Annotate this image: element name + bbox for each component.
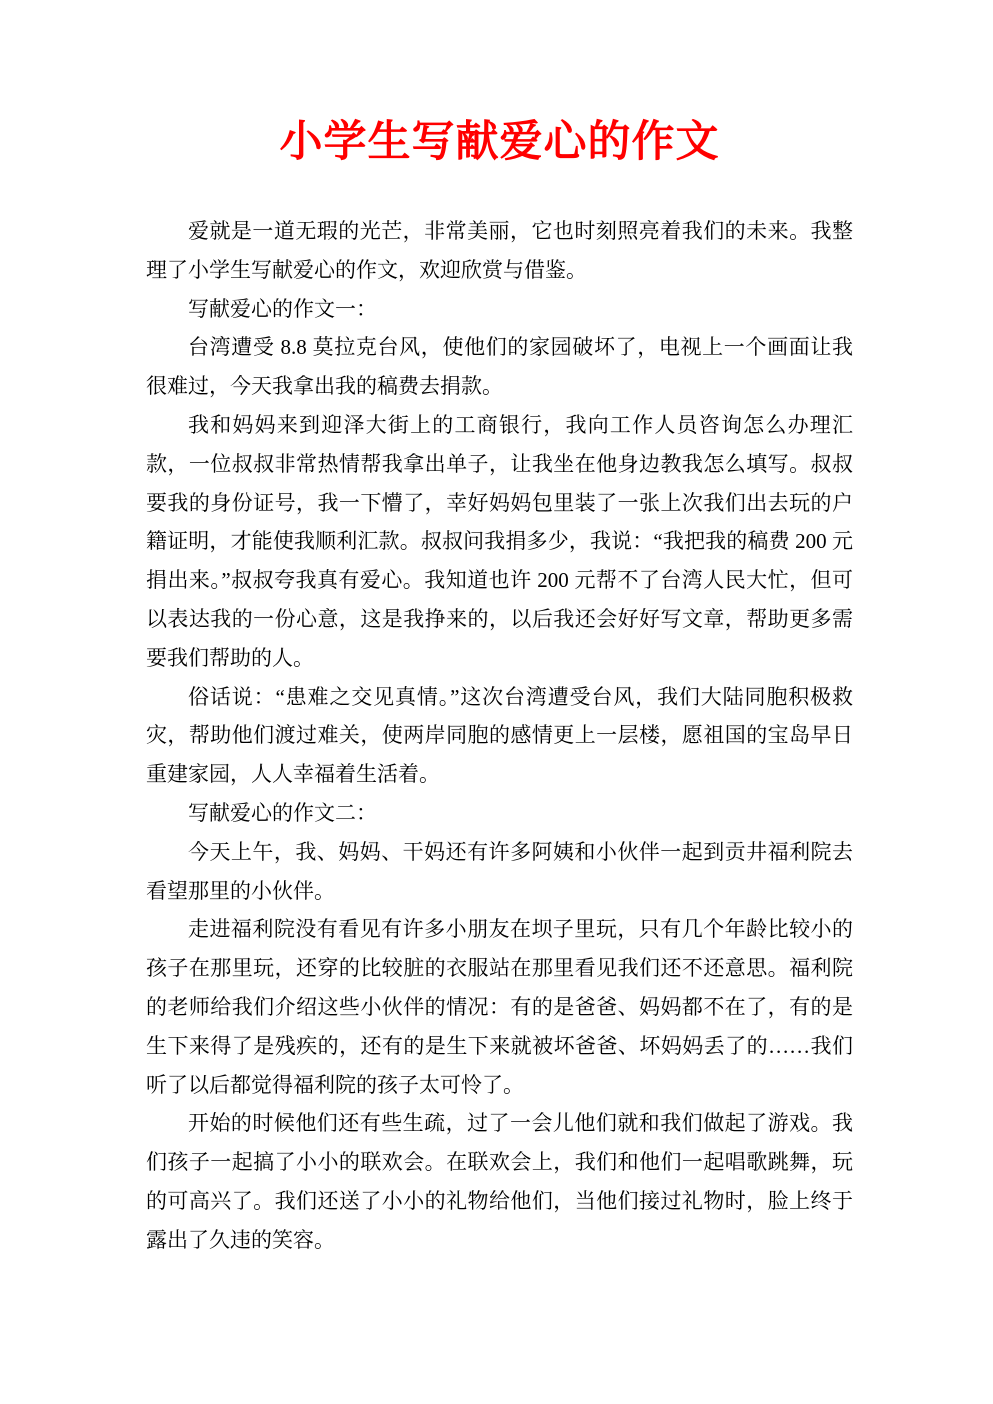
paragraph: 开始的时候他们还有些生疏，过了一会儿他们就和我们做起了游戏。我们孩子一起搞了小小… [146,1104,853,1259]
paragraph: 台湾遭受 8.8 莫拉克台风，使他们的家园破坏了，电视上一个画面让我很难过，今天… [146,328,853,406]
document-page: 小学生写献爱心的作文 爱就是一道无瑕的光芒，非常美丽，它也时刻照亮着我们的未来。… [0,0,993,1404]
paragraph: 写献爱心的作文二： [146,794,853,833]
paragraph: 写献爱心的作文一： [146,290,853,329]
document-title: 小学生写献爱心的作文 [146,116,853,168]
paragraph: 走进福利院没有看见有许多小朋友在坝子里玩，只有几个年龄比较小的孩子在那里玩，还穿… [146,910,853,1104]
paragraph: 俗话说：“患难之交见真情。”这次台湾遭受台风，我们大陆同胞积极救灾，帮助他们渡过… [146,678,853,794]
document-body: 爱就是一道无瑕的光芒，非常美丽，它也时刻照亮着我们的未来。我整理了小学生写献爱心… [146,212,853,1260]
paragraph: 我和妈妈来到迎泽大街上的工商银行，我向工作人员咨询怎么办理汇款，一位叔叔非常热情… [146,406,853,678]
paragraph: 今天上午，我、妈妈、干妈还有许多阿姨和小伙伴一起到贡井福利院去看望那里的小伙伴。 [146,833,853,911]
paragraph: 爱就是一道无瑕的光芒，非常美丽，它也时刻照亮着我们的未来。我整理了小学生写献爱心… [146,212,853,290]
